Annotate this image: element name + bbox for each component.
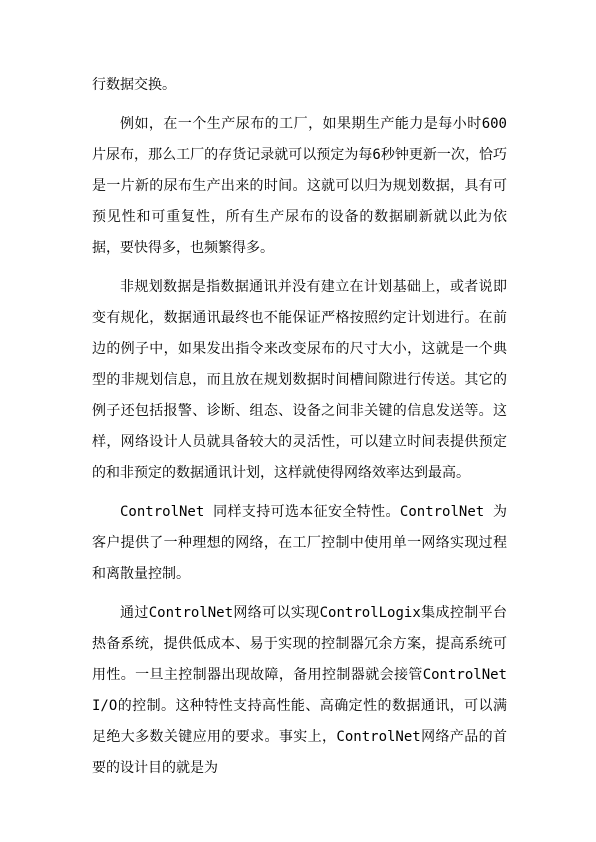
document-body: 行数据交换。例如，在一个生产尿布的工厂，如果期生产能力是每小时600片尿布，那么… (92, 70, 507, 784)
paragraph: 通过ControlNet网络可以实现ControlLogix集成控制平台热备系统… (92, 598, 507, 784)
paragraph: 例如，在一个生产尿布的工厂，如果期生产能力是每小时600片尿布，那么工厂的存货记… (92, 109, 507, 264)
paragraph: 行数据交换。 (92, 70, 507, 101)
document-page: 行数据交换。例如，在一个生产尿布的工厂，如果期生产能力是每小时600片尿布，那么… (0, 0, 596, 842)
paragraph: ControlNet 同样支持可选本征安全特性。ControlNet 为客户提供… (92, 497, 507, 590)
paragraph: 非规划数据是指数据通讯并没有建立在计划基础上，或者说即变有规化，数据通讯最终也不… (92, 272, 507, 489)
